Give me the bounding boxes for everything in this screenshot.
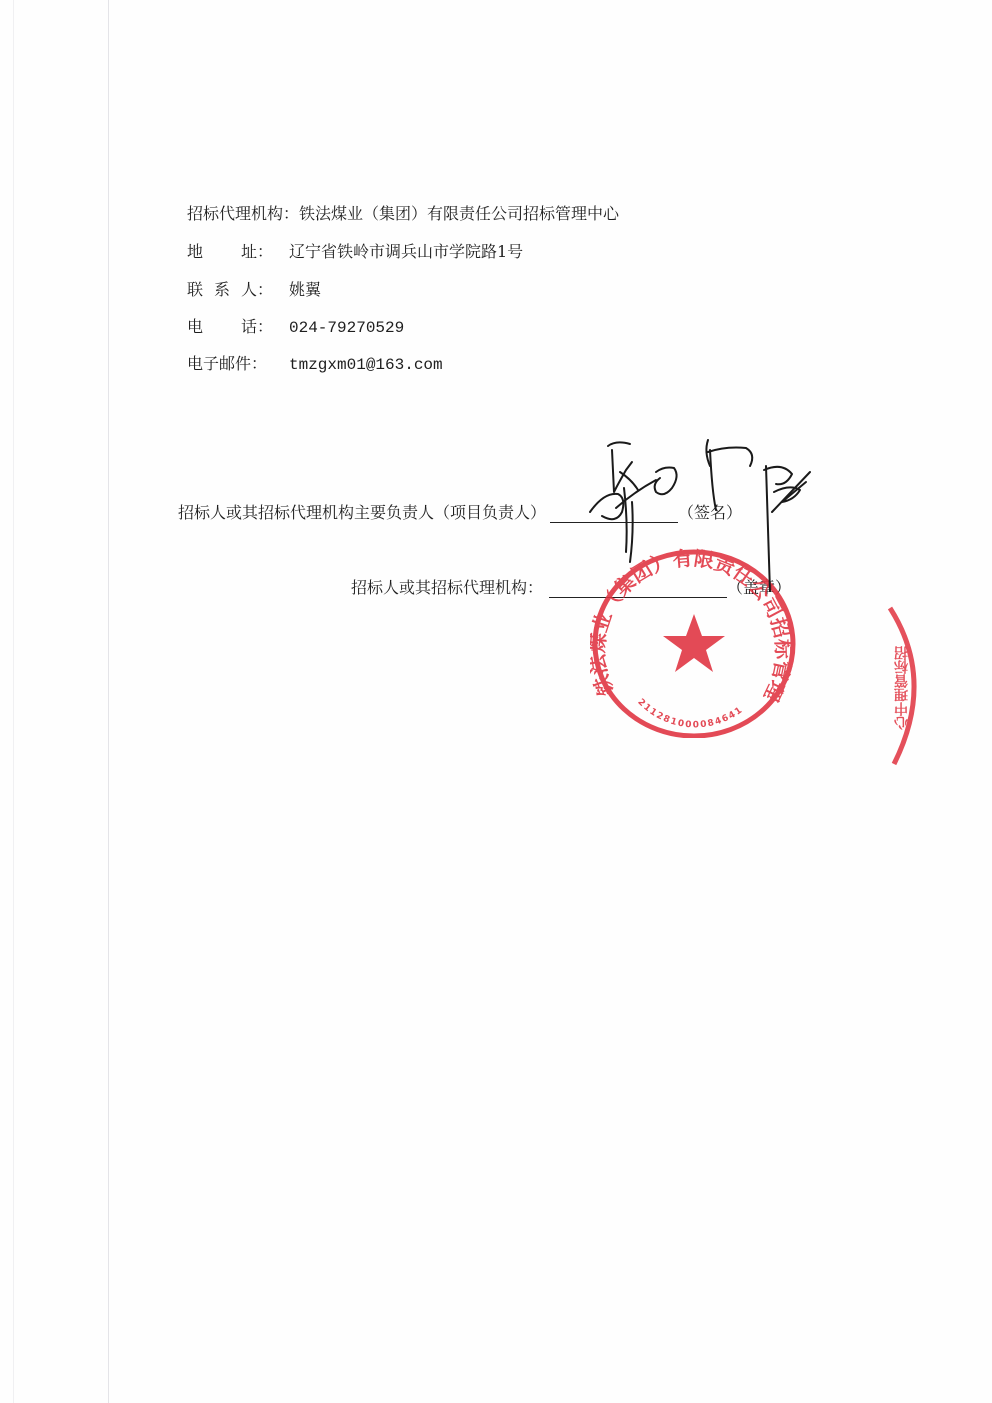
contact-row: 联 系 人： 姚翼: [187, 280, 321, 300]
seal-ring-text: 铁法煤业（集团）有限责任公司招标管理中心: [590, 548, 795, 706]
email-value: tmzgxm01@163.com: [289, 355, 443, 375]
signature-prefix: 招标人或其招标代理机构主要负责人（项目负责人）: [178, 503, 546, 522]
signature-suffix: （签名）: [678, 503, 742, 522]
seal-prefix: 招标人或其招标代理机构：: [351, 578, 543, 597]
agency-value: 铁法煤业（集团）有限责任公司招标管理中心: [299, 204, 619, 223]
seal-blank: [549, 583, 727, 598]
phone-label: 电 话：: [187, 317, 273, 337]
scan-edge-line: [13, 0, 14, 1403]
phone-row: 电 话： 024-79270529: [187, 317, 404, 338]
edge-seal-stamp: 心中理管标招: [880, 600, 940, 770]
email-label: 电子邮件：: [187, 354, 289, 374]
email-row: 电子邮件：tmzgxm01@163.com: [187, 354, 443, 375]
svg-text:铁法煤业（集团）有限责任公司招标管理中心: 铁法煤业（集团）有限责任公司招标管理中心: [590, 548, 795, 706]
phone-value: 024-79270529: [289, 318, 404, 338]
contact-value: 姚翼: [289, 280, 321, 300]
svg-text:211281000084641: 211281000084641: [635, 697, 745, 730]
seal-suffix: （盖章）: [727, 578, 791, 597]
scan-fold-line: [108, 0, 109, 1403]
contact-label: 联 系 人：: [187, 280, 273, 300]
seal-line: 招标人或其招标代理机构：（盖章）: [351, 578, 791, 598]
edge-seal-text: 心中理管标招: [893, 645, 910, 731]
seal-serial: 211281000084641: [635, 697, 745, 730]
agency-label: 招标代理机构：: [187, 204, 299, 223]
svg-text:心中理管标招: 心中理管标招: [893, 645, 910, 731]
signature-line: 招标人或其招标代理机构主要负责人（项目负责人）（签名）: [178, 503, 742, 523]
agency-row: 招标代理机构：铁法煤业（集团）有限责任公司招标管理中心: [187, 204, 619, 224]
address-row: 地 址： 辽宁省铁岭市调兵山市学院路1号: [187, 242, 523, 262]
star-icon: [663, 614, 725, 672]
address-value: 辽宁省铁岭市调兵山市学院路1号: [289, 242, 523, 262]
official-seal-stamp: 铁法煤业（集团）有限责任公司招标管理中心 211281000084641: [590, 548, 798, 738]
address-label: 地 址：: [187, 242, 273, 262]
signature-blank: [550, 508, 678, 523]
